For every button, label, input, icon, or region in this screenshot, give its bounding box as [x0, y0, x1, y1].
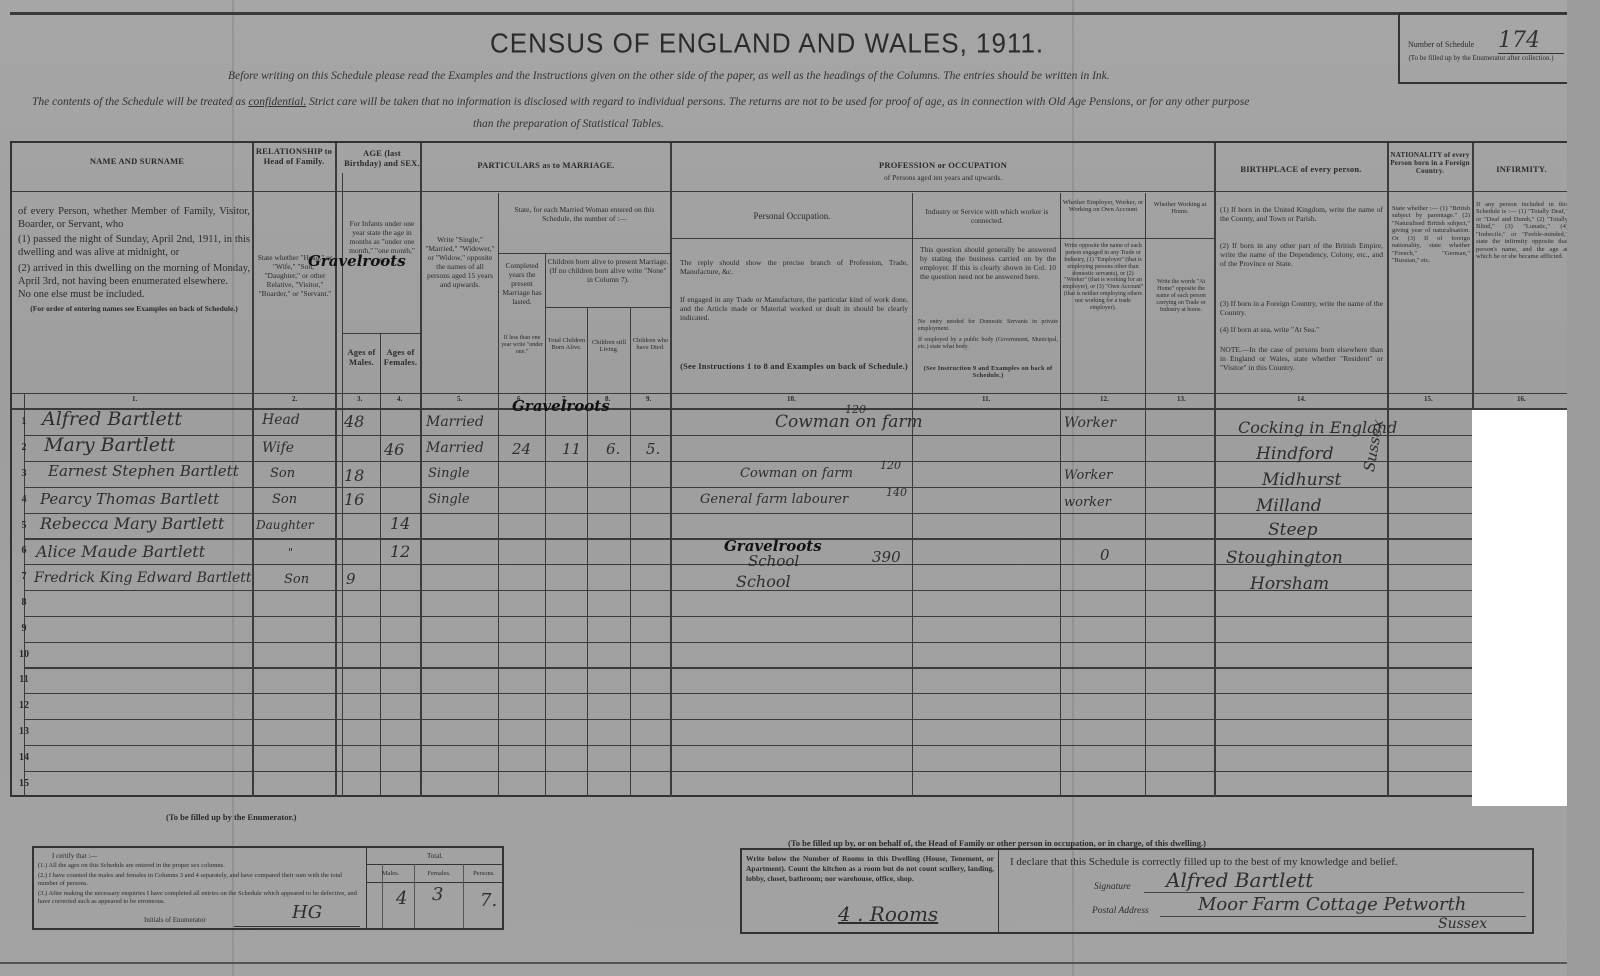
header-profession-sub: of Persons aged ten years and upwards.	[672, 173, 1214, 182]
birthplace: Midhurst	[1262, 470, 1341, 490]
header-divider	[12, 393, 1567, 394]
enumerator-caption: (To be filled up by the Enumerator.)	[166, 812, 296, 822]
relationship: Daughter	[256, 518, 314, 532]
header-divider	[12, 191, 1567, 192]
signature-label: Signature	[1094, 882, 1131, 892]
age-male: 9	[346, 570, 356, 588]
occupation: General farm labourer	[700, 492, 848, 507]
header-children-living: Children still Living.	[588, 339, 630, 354]
column-number: 12.	[1100, 395, 1109, 403]
certify-label: I certify that :—	[52, 852, 97, 860]
person-name: Alfred Bartlett	[42, 408, 182, 430]
household-box: Write below the Number of Rooms in this …	[740, 848, 1534, 934]
relationship: Son	[272, 492, 297, 507]
header-divider	[1145, 238, 1215, 239]
confidential-text: confidential.	[248, 96, 306, 108]
row-number: 4	[14, 494, 34, 505]
scan-blank-patch	[1472, 410, 1567, 806]
header-marriage-completed-note: If less than one year write "under one."	[499, 335, 545, 356]
females-label: Females.	[415, 870, 463, 878]
header-birthplace: BIRTHPLACE of every person.	[1217, 165, 1385, 175]
header-marriage-children: Children born alive to present Marriage.…	[547, 257, 669, 284]
row-number: 13	[14, 726, 34, 737]
enumerator-initials: HG	[292, 902, 322, 923]
children-total: 11	[562, 440, 581, 458]
column-number: 5.	[457, 395, 462, 403]
header-employer: Whether Employer, Worker, or Working on …	[1062, 199, 1144, 214]
row-line	[24, 771, 1567, 772]
age-male: 16	[344, 490, 364, 509]
instruction-line-2: The contents of the Schedule will be tre…	[32, 96, 1249, 108]
signature-line	[1144, 892, 1524, 893]
persons-label: Persons.	[464, 870, 504, 878]
occupation-code: 390	[872, 548, 901, 566]
row-number: 7	[14, 571, 34, 582]
row-number: 10	[14, 649, 34, 660]
column-number: 11.	[982, 395, 990, 403]
row-number: 6	[14, 545, 34, 556]
column-number: 10.	[787, 395, 796, 403]
row-line	[24, 745, 1567, 746]
watermark: Gravelroots	[308, 252, 406, 270]
employer-status: worker	[1064, 495, 1111, 510]
relationship: Son	[270, 466, 295, 481]
header-marriage-state: State, for each Married Woman entered on…	[502, 205, 667, 223]
header-divider	[670, 238, 1215, 239]
name-desc-3: (2) arrived in this dwelling on the morn…	[18, 262, 250, 288]
schedule-number-value: 174	[1498, 28, 1564, 54]
header-industry-desc1: This question should generally be answer…	[920, 245, 1056, 281]
row-line	[24, 461, 1567, 462]
header-age: AGE (last Birthday) and SEX.	[344, 149, 420, 169]
rooms-instruction: Write below the Number of Rooms in this …	[746, 854, 994, 883]
age-male: 48	[344, 412, 364, 431]
males-label: Males.	[367, 870, 414, 878]
age-female: 12	[390, 542, 410, 561]
row-line	[24, 590, 1567, 591]
column-number: 14.	[1297, 395, 1306, 403]
marital-status: Single	[428, 466, 470, 481]
person-name: Fredrick King Edward Bartlett	[34, 570, 252, 586]
employer-status: Worker	[1064, 415, 1116, 431]
name-desc-1: of every Person, whether Member of Famil…	[18, 205, 250, 231]
row-number: 12	[14, 700, 34, 711]
relationship: Wife	[262, 440, 294, 456]
marital-status: Married	[426, 414, 484, 430]
header-personal-occupation: Personal Occupation.	[674, 211, 910, 221]
employer-status: 0	[1100, 546, 1110, 564]
occupation: School	[736, 572, 791, 591]
document-title: CENSUS OF ENGLAND AND WALES, 1911.	[490, 27, 1044, 60]
col-divider	[335, 143, 337, 797]
header-name-desc: of every Person, whether Member of Famil…	[18, 205, 250, 313]
total-males: 4	[396, 888, 407, 909]
relationship: Son	[284, 572, 309, 587]
household-caption: (To be filled up by, or on behalf of, th…	[788, 838, 1206, 848]
enumerator-box: I certify that :— (1.) All the ages on t…	[32, 846, 504, 930]
row-line	[24, 642, 1567, 643]
header-employer-desc: Write opposite the name of each person e…	[1062, 243, 1144, 312]
birthplace: Hindford	[1256, 444, 1334, 464]
header-marriage-completed: Completed years the present Marriage has…	[499, 261, 545, 306]
header-age-females: Ages of Females.	[381, 347, 420, 367]
certify-2: (2.) I have counted the males and female…	[38, 872, 362, 888]
header-birthplace-desc3: (3) If born in a Foreign Country, write …	[1220, 299, 1383, 317]
header-children-died: Children who have Died.	[631, 337, 670, 352]
census-schedule-sheet: CENSUS OF ENGLAND AND WALES, 1911. Befor…	[0, 0, 1567, 976]
col-divider	[380, 333, 381, 797]
header-personal-desc3: (See Instructions 1 to 8 and Examples on…	[680, 361, 908, 371]
schedule-number-label: Number of Schedule	[1408, 40, 1474, 49]
header-personal-desc1: The reply should show the precise branch…	[680, 258, 908, 276]
schedule-number-note: (To be filled up by the Enumerator after…	[1406, 54, 1556, 62]
col-divider	[545, 253, 546, 797]
row-number: 9	[14, 623, 34, 634]
employer-status: Worker	[1064, 468, 1112, 483]
occupation: Cowman on farm	[740, 466, 853, 481]
header-name: NAME AND SURNAME	[32, 157, 242, 167]
initials-line	[234, 926, 360, 927]
row-number: 8	[14, 597, 34, 608]
relationship: Head	[262, 412, 300, 428]
marital-status: Married	[426, 440, 484, 456]
birthplace: Milland	[1256, 496, 1322, 516]
header-industry: Industry or Service with which worker is…	[916, 207, 1058, 225]
column-number: 15.	[1424, 395, 1433, 403]
person-name: Earnest Stephen Bartlett	[48, 462, 239, 480]
header-home: Whether Working at Home.	[1147, 201, 1213, 216]
header-personal-desc2: If engaged in any Trade or Manufacture, …	[680, 295, 908, 322]
person-name: Mary Bartlett	[44, 434, 175, 456]
postal-address-line2: Sussex	[1438, 916, 1487, 932]
address-label: Postal Address	[1092, 906, 1149, 916]
relationship: "	[288, 546, 293, 559]
header-home-desc: Write the words "At Home" opposite the n…	[1150, 279, 1212, 313]
total-persons: 7.	[480, 890, 497, 911]
header-children-total: Total Children Born Alive.	[546, 337, 587, 352]
instruction-text: The contents of the Schedule will be tre…	[32, 96, 248, 108]
row-number: 14	[14, 752, 34, 763]
birthplace: Steep	[1268, 520, 1317, 540]
col-divider	[420, 143, 422, 797]
header-industry-desc3: If employed by a public body (Government…	[918, 337, 1058, 351]
header-nationality: NATIONALITY of every Person born in a Fo…	[1389, 151, 1471, 175]
person-name: Rebecca Mary Bartlett	[40, 514, 224, 533]
age-male: 18	[344, 466, 364, 485]
header-industry-desc4: (See Instruction 9 and Examples on back …	[918, 365, 1058, 380]
col-divider	[1060, 193, 1061, 797]
header-birthplace-desc1: (1) If born in the United Kingdom, write…	[1220, 205, 1383, 223]
header-marriage: PARTICULARS as to MARRIAGE.	[422, 161, 670, 171]
certify-1: (1.) All the ages on this Schedule are e…	[38, 862, 362, 870]
marriage-years: 24	[512, 440, 531, 458]
header-divider	[498, 253, 670, 254]
header-divider	[545, 307, 670, 308]
occupation-code: 120	[880, 459, 901, 472]
bottom-border	[0, 962, 1567, 964]
header-marriage-write: Write "Single," "Married," "Widower," or…	[424, 235, 496, 289]
watermark: Gravelroots	[512, 397, 610, 415]
schedule-number-box: Number of Schedule 174 (To be filled up …	[1398, 12, 1567, 84]
instruction-text: Strict care will be taken that no inform…	[306, 96, 1249, 108]
col-divider	[1387, 143, 1389, 797]
instruction-line-3: than the preparation of Statistical Tabl…	[473, 118, 664, 130]
col-divider	[630, 307, 631, 797]
header-infirmity-desc: If any person included in this Schedule …	[1476, 201, 1567, 261]
row-number: 5	[14, 520, 34, 531]
header-nationality-desc: State whether :— (1) "British subject by…	[1392, 205, 1470, 265]
col-divider	[670, 143, 672, 797]
initials-label: Initials of Enumerator	[144, 916, 206, 924]
column-number: 4.	[397, 395, 402, 403]
declaration: I declare that this Schedule is correctl…	[1010, 856, 1398, 868]
col-divider	[1214, 143, 1216, 797]
row-number: 11	[14, 674, 34, 685]
row-line	[24, 693, 1567, 694]
column-number: 1.	[132, 395, 137, 403]
rooms-count: 4 . Rooms	[838, 902, 938, 926]
header-birthplace-note: NOTE.—In the case of persons born elsewh…	[1220, 345, 1383, 372]
person-name: Pearcy Thomas Bartlett	[40, 490, 219, 508]
box-divider	[367, 882, 503, 883]
watermark: Gravelroots	[724, 537, 822, 555]
birthplace: Horsham	[1250, 574, 1329, 594]
row-number: 1	[14, 416, 34, 427]
col-divider	[587, 307, 588, 797]
header-birthplace-desc4: (4) If born at sea, write "At Sea."	[1220, 325, 1383, 334]
name-desc-5: (For order of entering names see Example…	[18, 304, 250, 313]
row-number: 3	[14, 468, 34, 479]
top-border	[10, 12, 1567, 15]
col-divider	[1145, 193, 1146, 797]
occupation-code: 120	[845, 403, 866, 416]
header-bottom	[12, 408, 1567, 410]
row-line	[24, 719, 1567, 720]
header-birthplace-desc2: (2) If born in any other part of the Bri…	[1220, 241, 1383, 268]
col-divider	[912, 193, 913, 797]
age-female: 46	[384, 440, 404, 459]
marital-status: Single	[428, 492, 470, 507]
signature: Alfred Bartlett	[1166, 868, 1313, 892]
age-female: 14	[390, 514, 410, 533]
column-number: 13.	[1177, 395, 1186, 403]
children-died: 5.	[646, 440, 660, 458]
postal-address-line1: Moor Farm Cottage Petworth	[1198, 894, 1466, 915]
children-living: 6.	[606, 440, 620, 458]
birthplace: Stoughington	[1226, 548, 1343, 568]
total-label: Total.	[367, 852, 503, 860]
occupation-code: 140	[886, 486, 907, 499]
name-desc-2: (1) passed the night of Sunday, April 2n…	[18, 233, 250, 259]
row-number: 2	[14, 442, 34, 453]
header-divider	[342, 333, 420, 334]
box-divider	[998, 850, 999, 932]
column-number: 16.	[1517, 395, 1526, 403]
column-number: 2.	[292, 395, 297, 403]
row-line	[24, 616, 1567, 617]
header-industry-desc2: No entry needed for Domestic Servants in…	[918, 319, 1058, 333]
instruction-line-1: Before writing on this Schedule please r…	[228, 70, 1110, 82]
column-number: 3.	[357, 395, 362, 403]
row-line	[24, 513, 1567, 514]
row-line	[24, 667, 1567, 669]
box-divider	[367, 864, 503, 865]
col-divider	[252, 143, 254, 797]
header-age-males: Ages of Males.	[343, 347, 380, 367]
header-relationship: RELATIONSHIP to Head of Family.	[255, 147, 333, 167]
name-desc-4: No one else must be included.	[18, 288, 250, 301]
total-females: 3	[432, 884, 443, 905]
person-name: Alice Maude Bartlett	[36, 542, 205, 561]
column-number: 9.	[646, 395, 651, 403]
row-number: 15	[14, 778, 34, 789]
header-infirmity: INFIRMITY.	[1474, 165, 1567, 175]
header-profession: PROFESSION or OCCUPATION	[672, 161, 1214, 171]
